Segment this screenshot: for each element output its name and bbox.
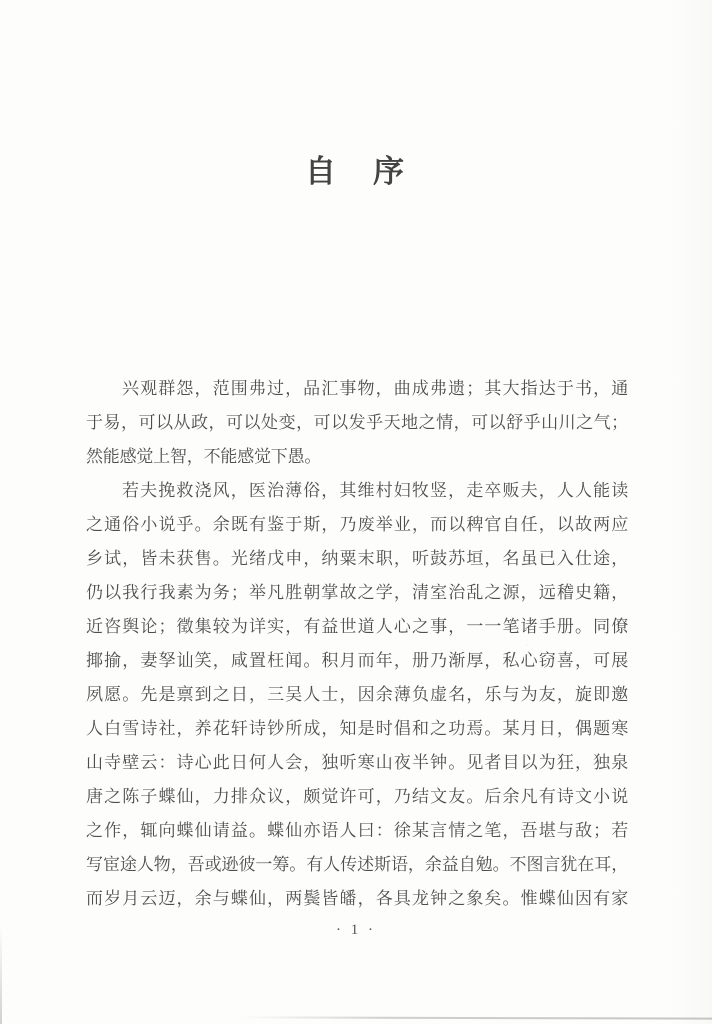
text-line: 乡试，皆未获售。光绪戊申，纳粟末职，听鼓苏垣，名虽已入仕途， xyxy=(86,542,628,576)
text-line: 山寺壁云：诗心此日何人会，独听寒山夜半钟。见者目以为狂，独泉 xyxy=(86,746,628,780)
text-line: 近咨舆论；徵集较为详实，有益世道人心之事，一一笔诸手册。同僚 xyxy=(86,610,628,644)
text-line: 唐之陈子蝶仙，力排众议，颇觉许可，乃结文友。后余凡有诗文小说 xyxy=(86,780,628,814)
scanned-book-page: 自 序 兴观群怨，范围弗过，品汇事物，曲成弗遗；其大指达于书，通于易，可以从政，… xyxy=(0,0,712,1024)
text-line: 写宦途人物，吾或逊彼一筹。有人传述斯语，余益自勉。不图言犹在耳， xyxy=(86,848,628,882)
text-line: 仍以我行我素为务；举凡胜朝掌故之学，清室治乱之源，远稽史籍， xyxy=(86,576,628,610)
text-line: 然能感觉上智，不能感觉下愚。 xyxy=(86,440,628,474)
text-line: 而岁月云迈，余与蝶仙，两鬓皆皤，各具龙钟之象矣。惟蝶仙因有家 xyxy=(86,882,628,916)
page-number: · 1 · xyxy=(0,922,712,939)
text-line: 揶揄，妻孥讪笑，咸置枉闻。积月而年，册乃渐厚，私心窃喜，可展 xyxy=(86,644,628,678)
text-line: 之作，辄向蝶仙请益。蝶仙亦语人曰：徐某言情之笔，吾堪与敌；若 xyxy=(86,814,628,848)
scan-edge-bottom xyxy=(240,1016,712,1019)
body-text-block: 兴观群怨，范围弗过，品汇事物，曲成弗遗；其大指达于书，通于易，可以从政，可以处变… xyxy=(86,372,628,916)
text-line: 兴观群怨，范围弗过，品汇事物，曲成弗遗；其大指达于书，通 xyxy=(86,372,628,406)
text-line: 若夫挽救浇风，医治薄俗，其维村妇牧竖，走卒贩夫，人人能读 xyxy=(86,474,628,508)
page-title: 自 序 xyxy=(0,146,712,191)
text-line: 夙愿。先是禀到之日，三吴人士，因余薄负虚名，乐与为友，旋即邀 xyxy=(86,678,628,712)
text-line: 人白雪诗社，养花轩诗钞所成，知是时倡和之功焉。某月日，偶题寒 xyxy=(86,712,628,746)
text-line: 于易，可以从政，可以处变，可以发乎天地之情，可以舒乎山川之气； xyxy=(86,406,628,440)
text-line: 之通俗小说乎。余既有鉴于斯，乃废举业，而以稗官自任，以故两应 xyxy=(86,508,628,542)
scan-edge-left xyxy=(0,925,2,1024)
